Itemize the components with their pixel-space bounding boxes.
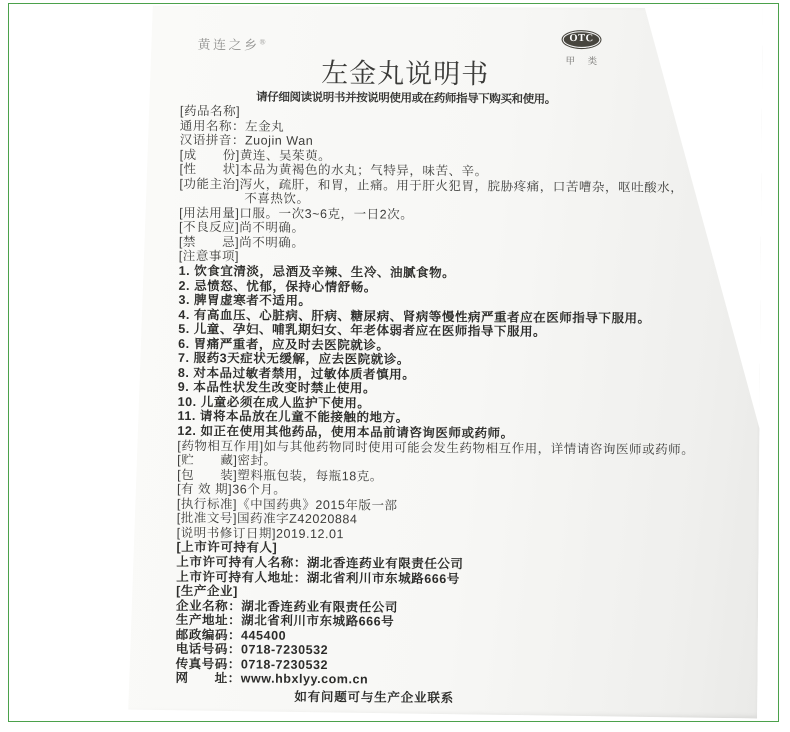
otc-badge: OTC 甲 类 <box>546 30 616 68</box>
footer-contact-note: 如有问题可与生产企业联系 <box>294 690 454 706</box>
brand-name: 黄连之乡 <box>197 37 259 52</box>
leaflet-paper: 黄连之乡® OTC 甲 类 左金丸说明书 请仔细阅读说明书并按说明使用或在药师指… <box>123 4 763 719</box>
page-title: 左金丸说明书 <box>265 51 545 92</box>
registered-trademark-icon: ® <box>259 37 265 46</box>
otc-category-label: 甲 类 <box>546 53 616 68</box>
leaflet-body: [药品名称]通用名称：左金丸汉语拼音：Zuojin Wan[成 份]黄连、吴茱萸… <box>175 104 758 690</box>
brand-logo: 黄连之乡® <box>197 34 265 54</box>
otc-ellipse-icon: OTC <box>561 30 601 49</box>
